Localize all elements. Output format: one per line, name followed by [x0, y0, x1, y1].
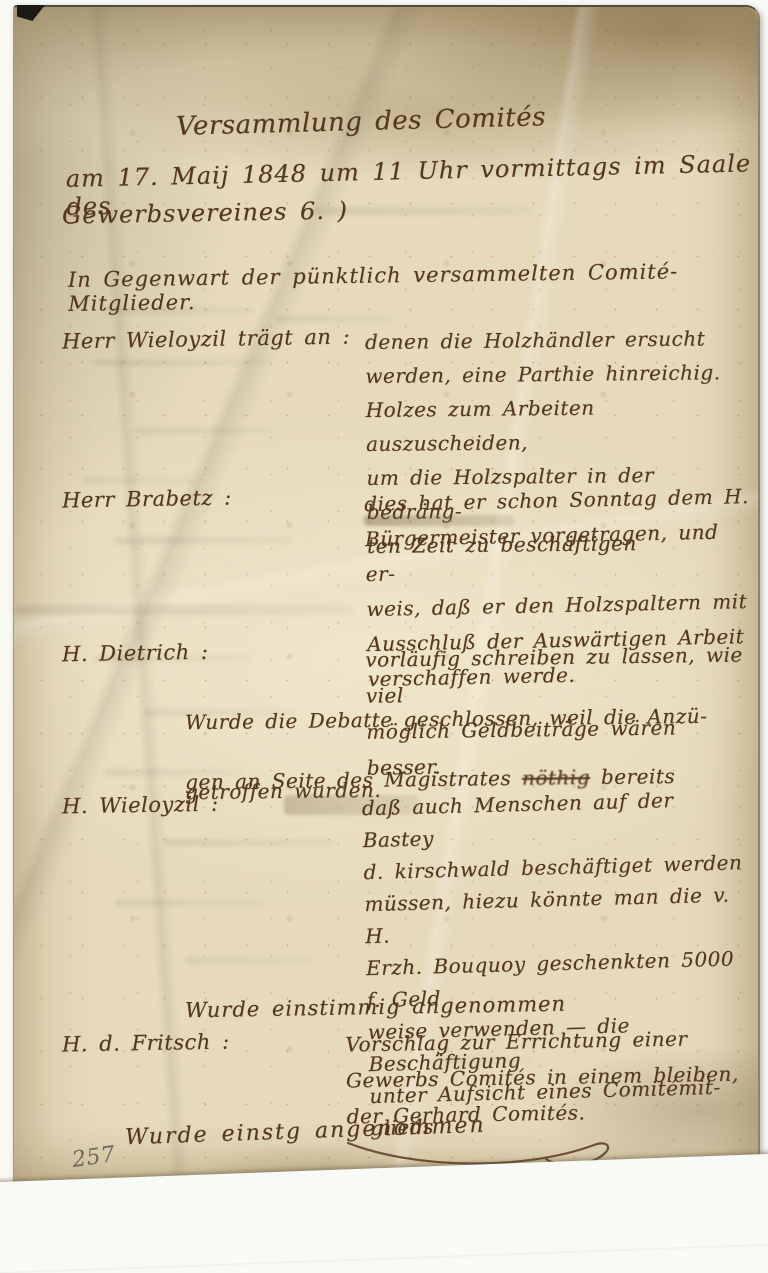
- bleedthrough-mark: [164, 839, 334, 846]
- bleedthrough-mark: [134, 427, 274, 434]
- bleedthrough-mark: [274, 315, 394, 322]
- entry-speaker: Herr Wieloyzil trägt an :: [62, 324, 350, 353]
- entry-speaker: H. Dietrich :: [62, 640, 209, 667]
- heading-title: Versammlung des Comités: [176, 102, 547, 142]
- resolution-line: Wurde einstg angenommen: [125, 1113, 486, 1151]
- scan-background: { "document_type": "Handwritten committe…: [0, 0, 768, 1204]
- bleedthrough-mark: [114, 537, 294, 544]
- bleedthrough-mark: [94, 359, 264, 366]
- entry-speaker: H. d. Fritsch :: [62, 1030, 230, 1057]
- entry-speaker: H. Wieloyzil :: [62, 792, 219, 819]
- presence-line: In Gegenwart der pünktlich versammelten …: [68, 258, 759, 316]
- bleedthrough-mark: [114, 899, 264, 906]
- page-number: 257: [70, 1142, 117, 1173]
- corner-tear: [17, 5, 45, 21]
- entry-speaker: Herr Brabetz :: [62, 486, 232, 513]
- manuscript-page: Versammlung des Comités am 17. Maij 1848…: [13, 5, 760, 1195]
- bleedthrough-mark: [84, 477, 204, 484]
- heading-location: Gewerbsvereines 6. ): [62, 197, 348, 230]
- bleedthrough-mark: [14, 605, 354, 615]
- bleedthrough-mark: [184, 957, 314, 964]
